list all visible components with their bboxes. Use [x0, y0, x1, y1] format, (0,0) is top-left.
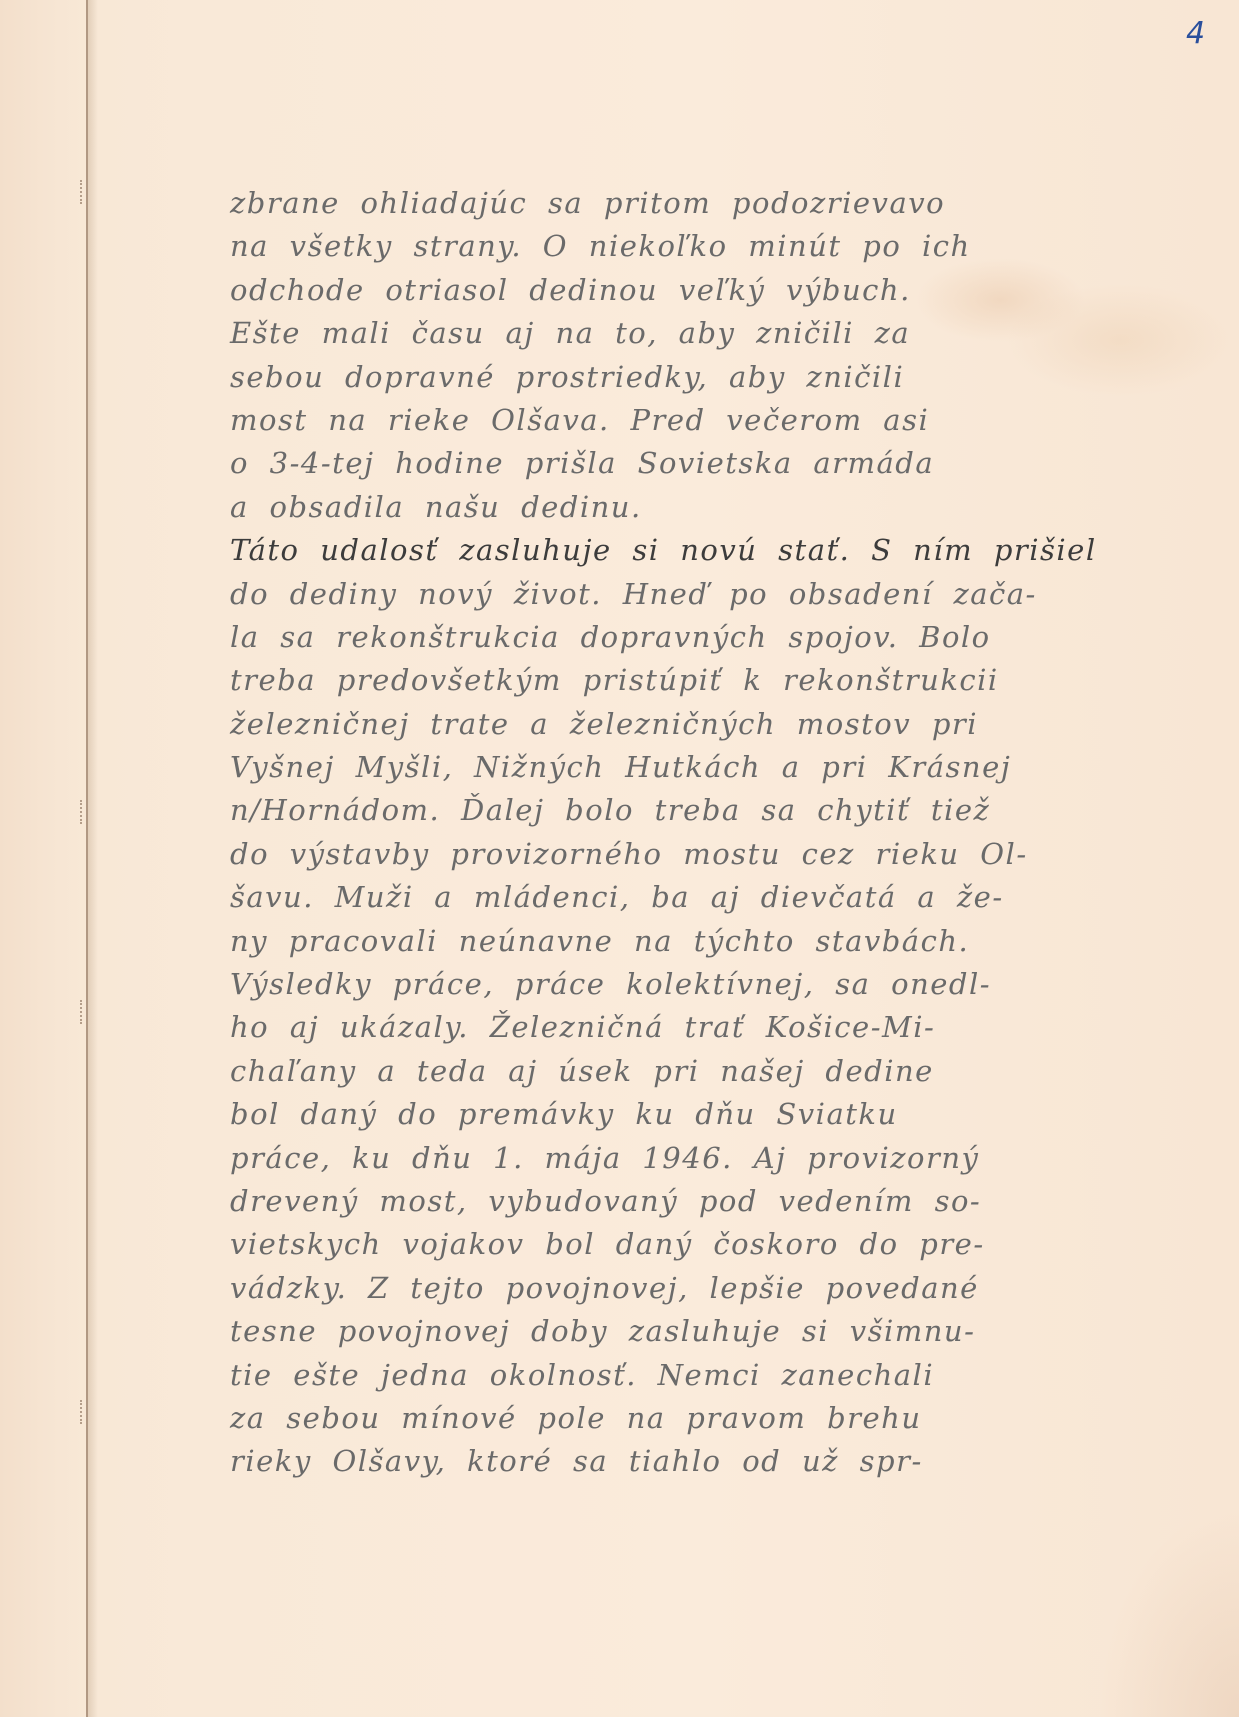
text-line: drevený most, vybudovaný pod vedením so- — [230, 1180, 1110, 1223]
text-line: Výsledky práce, práce kolektívnej, sa on… — [230, 963, 1110, 1006]
text-line: o 3-4-tej hodine prišla Sovietska armáda — [230, 442, 1110, 485]
text-line: a obsadila našu dedinu. — [230, 486, 1110, 529]
text-line: tie ešte jedna okolnosť. Nemci zanechali — [230, 1354, 1110, 1397]
text-line: rieky Olšavy, ktoré sa tiahlo od už spr- — [230, 1440, 1110, 1483]
text-line: la sa rekonštrukcia dopravných spojov. B… — [230, 616, 1110, 659]
document-page: 4 zbrane ohliadajúc sa pritom podozrieva… — [0, 0, 1239, 1717]
binding-stitch — [80, 800, 96, 824]
text-line: vádzky. Z tejto povojnovej, lepšie poved… — [230, 1267, 1110, 1310]
text-line: zbrane ohliadajúc sa pritom podozrievavo — [230, 182, 1110, 225]
binding-stitch — [80, 1400, 96, 1424]
text-line: Ešte mali času aj na to, aby zničili za — [230, 312, 1110, 355]
text-line: treba predovšetkým pristúpiť k rekonštru… — [230, 659, 1110, 702]
text-line: šavu. Muži a mládenci, ba aj dievčatá a … — [230, 876, 1110, 919]
text-line: Vyšnej Myšli, Nižných Hutkách a pri Krás… — [230, 746, 1110, 789]
text-line: na všetky strany. O niekoľko minút po ic… — [230, 225, 1110, 268]
binding-shadow — [88, 0, 98, 1717]
text-line: sebou dopravné prostriedky, aby zničili — [230, 356, 1110, 399]
text-line: za sebou mínové pole na pravom brehu — [230, 1397, 1110, 1440]
handwritten-text: zbrane ohliadajúc sa pritom podozrievavo… — [230, 182, 1110, 1484]
text-line: n/Hornádom. Ďalej bolo treba sa chytiť t… — [230, 789, 1110, 832]
page-number: 4 — [1186, 16, 1205, 51]
text-line: most na rieke Olšava. Pred večerom asi — [230, 399, 1110, 442]
text-line: bol daný do premávky ku dňu Sviatku — [230, 1093, 1110, 1136]
text-line: tesne povojnovej doby zasluhuje si všimn… — [230, 1310, 1110, 1353]
binding-line — [86, 0, 88, 1717]
text-line: železničnej trate a železničných mostov … — [230, 703, 1110, 746]
text-line: odchode otriasol dedinou veľký výbuch. — [230, 269, 1110, 312]
text-line: vietskych vojakov bol daný čoskoro do pr… — [230, 1223, 1110, 1266]
text-line: ny pracovali neúnavne na týchto stavbách… — [230, 920, 1110, 963]
text-line: chaľany a teda aj úsek pri našej dedine — [230, 1050, 1110, 1093]
text-line: ho aj ukázaly. Železničná trať Košice-Mi… — [230, 1006, 1110, 1049]
binding-stitch — [80, 1000, 96, 1024]
text-line: do výstavby provizorného mostu cez rieku… — [230, 833, 1110, 876]
text-line: práce, ku dňu 1. mája 1946. Aj provizorn… — [230, 1137, 1110, 1180]
text-line: Táto udalosť zasluhuje si novú stať. S n… — [230, 529, 1110, 572]
text-line: do dediny nový život. Hneď po obsadení z… — [230, 573, 1110, 616]
binding-stitch — [80, 180, 96, 204]
